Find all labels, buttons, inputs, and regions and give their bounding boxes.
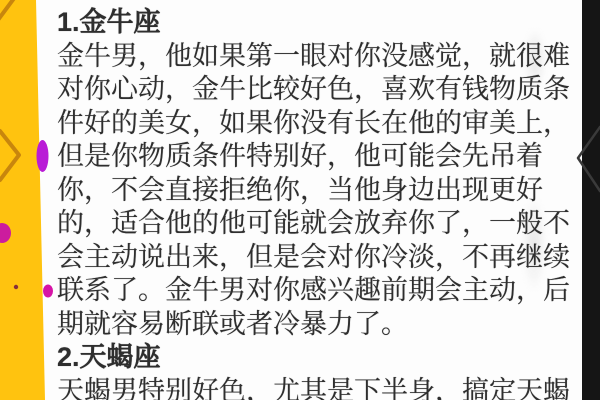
text-line: 会主动说出来，但是会对你冷淡，不再继续 [57,241,582,275]
envelope-chevron-icon [0,131,19,180]
envelope-corner-top-icon [0,0,15,20]
article-text: 1.金牛座 金牛男，他如果第一眼对你没感觉，就很难 对你心动，金牛比较好色，喜欢… [57,6,582,400]
left-border-strip [0,0,45,400]
text-line: 的，适合他的他可能就会放弃你了，一般不 [57,207,582,241]
text-line: 但是你物质条件特别好，他可能会先吊着 [57,140,582,174]
paint-splatter-dot [43,285,53,298]
section-heading-taurus: 1.金牛座 [57,6,582,40]
paint-splatter-blob [0,223,11,243]
text-line: 你，不会直接拒绝你，当他身边出现更好 [57,174,582,208]
paint-splatter-large [37,140,49,172]
text-line: 件好的美女，如果你没有长在他的审美上， [57,107,582,141]
page: 1.金牛座 金牛男，他如果第一眼对你没感觉，就很难 对你心动，金牛比较好色，喜欢… [0,0,600,400]
section-heading-scorpio: 2.天蝎座 [57,341,582,375]
text-line: 天蝎男特别好色，尤其是下半身，搞定天蝎 [57,375,582,400]
text-line: 期就容易断联或者冷暴力了。 [57,308,582,342]
text-line: 金牛男，他如果第一眼对你没感觉，就很难 [57,40,582,74]
right-black-bar [582,0,600,400]
text-line: 对你心动，金牛比较好色，喜欢有钱物质条 [57,73,582,107]
text-line: 联系了。金牛男对你感兴趣前期会主动，后 [57,274,582,308]
paint-speck [14,285,18,289]
